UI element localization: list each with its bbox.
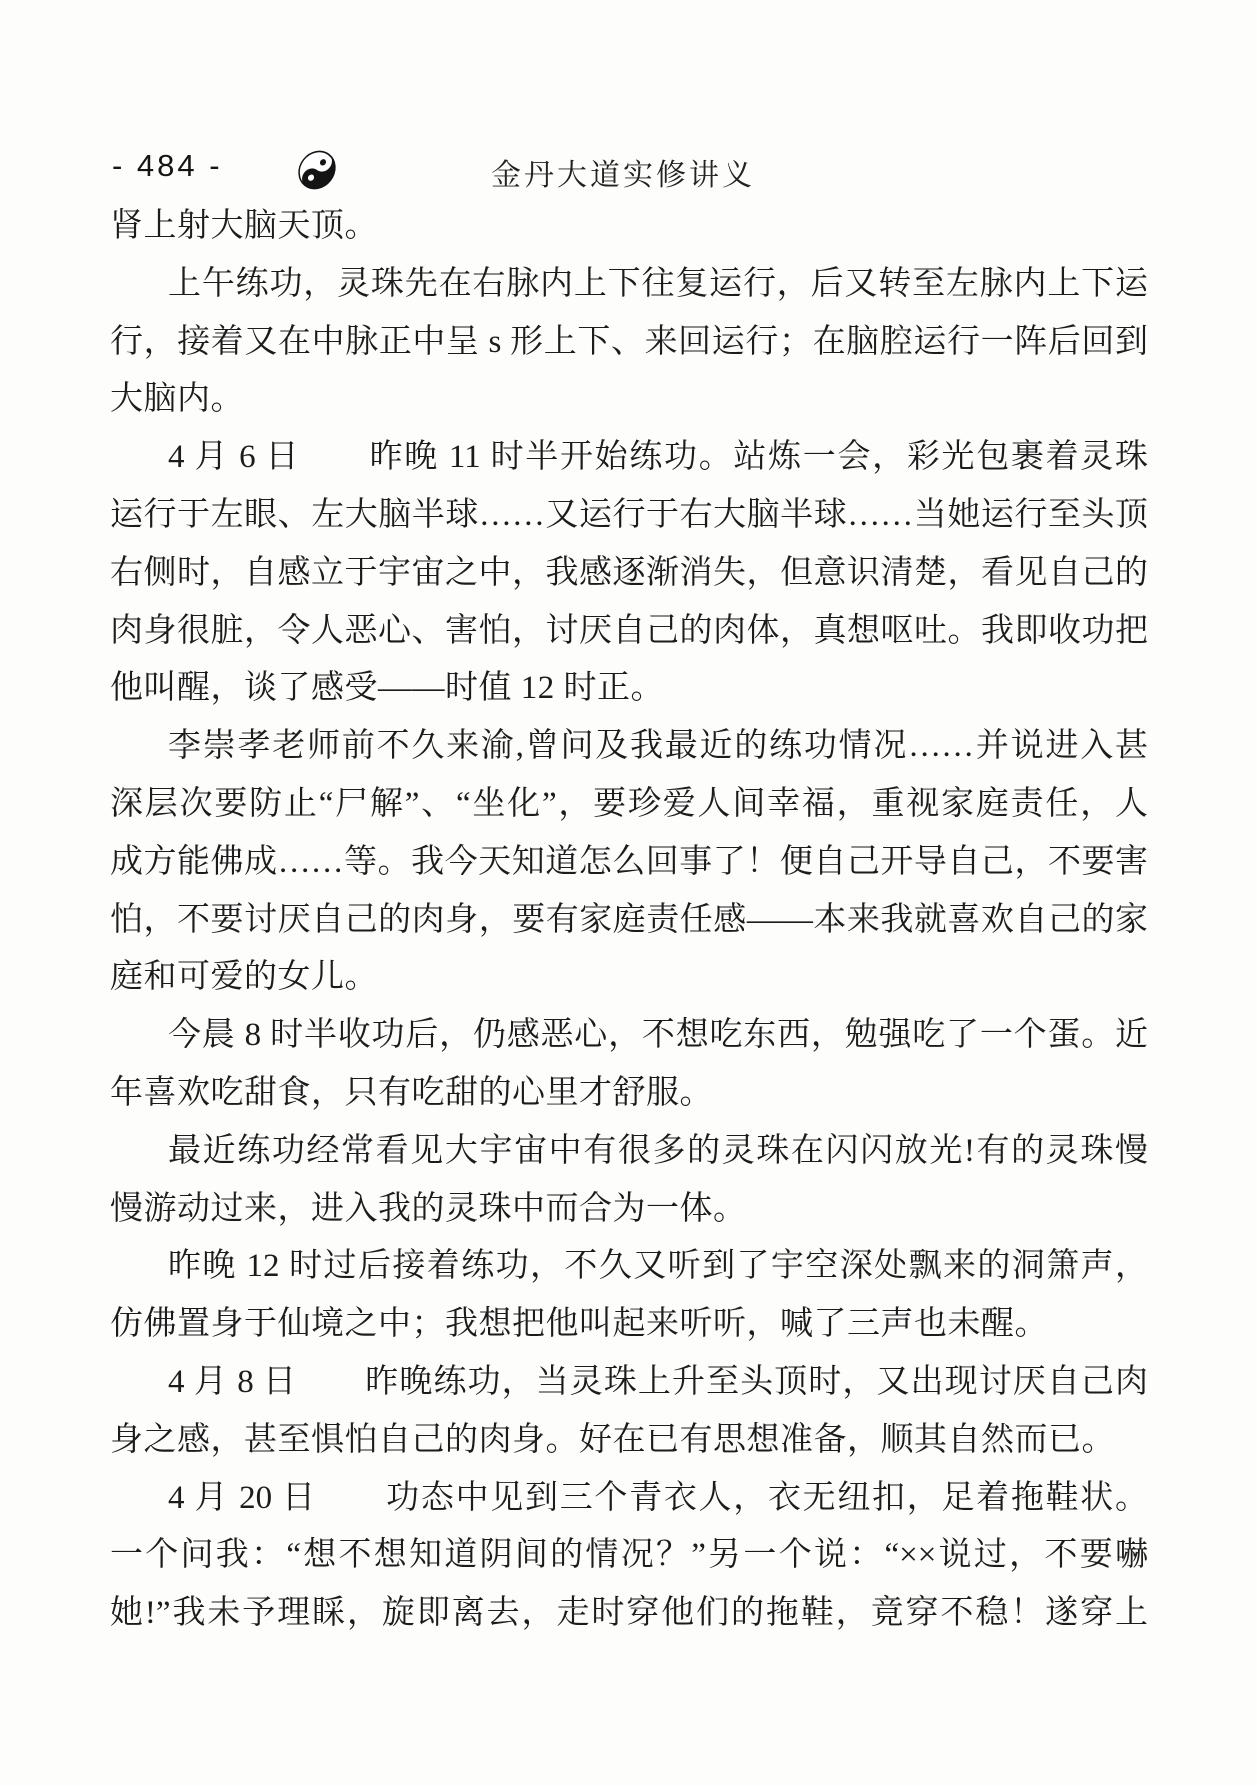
yin-yang-icon <box>299 146 337 194</box>
page-header: - 484 - 金丹大道实修讲义 <box>0 144 1257 200</box>
text-line: 她!”我未予理睬，旋即离去，走时穿他们的拖鞋，竟穿不稳！遂穿上 <box>110 1585 1148 1643</box>
text-line: 庭和可爱的女儿。 <box>110 949 1148 1007</box>
text-line: 身之感，甚至惧怕自己的肉身。好在已有思想准备，顺其自然而已。 <box>110 1412 1148 1470</box>
text-line: 运行于左眼、左大脑半球……又运行于右大脑半球……当她运行至头顶 <box>110 487 1148 545</box>
text-line: 4 月 6 日 昨晚 11 时半开始练功。站炼一会，彩光包裹着灵珠 <box>110 429 1148 487</box>
text-line: 4 月 20 日 功态中见到三个青衣人，衣无纽扣，足着拖鞋状。 <box>110 1470 1148 1528</box>
book-title: 金丹大道实修讲义 <box>491 150 755 194</box>
text-line: 今晨 8 时半收功后，仍感恶心，不想吃东西，勉强吃了一个蛋。近 <box>110 1007 1148 1065</box>
text-line: 一个问我：“想不想知道阴间的情况？”另一个说：“××说过，不要嚇 <box>110 1527 1148 1585</box>
text-line: 大脑内。 <box>110 371 1148 429</box>
text-line: 他叫醒，谈了感受——时值 12 时正。 <box>110 660 1148 718</box>
text-line: 上午练功，灵珠先在右脉内上下往复运行，后又转至左脉内上下运 <box>110 256 1148 314</box>
text-line: 李崇孝老师前不久来渝,曾问及我最近的练功情况……并说进入甚 <box>110 718 1148 776</box>
text-line: 4 月 8 日 昨晚练功，当灵珠上升至头顶时，又出现讨厌自己肉 <box>110 1354 1148 1412</box>
text-line: 昨晚 12 时过后接着练功，不久又听到了宇空深处飘来的洞箫声， <box>110 1238 1148 1296</box>
text-line: 怕，不要讨厌自己的肉身，要有家庭责任感——本来我就喜欢自己的家 <box>110 892 1148 950</box>
text-line: 慢游动过来，进入我的灵珠中而合为一体。 <box>110 1181 1148 1239</box>
text-line: 年喜欢吃甜食，只有吃甜的心里才舒服。 <box>110 1065 1148 1123</box>
text-line: 深层次要防止“尸解”、“坐化”，要珍爱人间幸福，重视家庭责任，人 <box>110 776 1148 834</box>
text-body: 肾上射大脑天顶。上午练功，灵珠先在右脉内上下往复运行，后又转至左脉内上下运行，接… <box>110 198 1148 1643</box>
text-line: 右侧时，自感立于宇宙之中，我感逐渐消失，但意识清楚，看见自己的 <box>110 545 1148 603</box>
book-page: - 484 - 金丹大道实修讲义 肾上射大脑天顶。上午练功，灵珠先在右脉内上下往… <box>0 0 1257 1786</box>
text-line: 仿佛置身于仙境之中；我想把他叫起来听听，喊了三声也未醒。 <box>110 1296 1148 1354</box>
text-line: 肉身很脏，令人恶心、害怕，讨厌自己的肉体，真想呕吐。我即收功把 <box>110 603 1148 661</box>
text-line: 最近练功经常看见大宇宙中有很多的灵珠在闪闪放光!有的灵珠慢 <box>110 1123 1148 1181</box>
text-line: 肾上射大脑天顶。 <box>110 198 1148 256</box>
page-number: - 484 - <box>112 148 223 184</box>
text-line: 行，接着又在中脉正中呈 s 形上下、来回运行；在脑腔运行一阵后回到 <box>110 314 1148 372</box>
text-line: 成方能佛成……等。我今天知道怎么回事了！便自己开导自己，不要害 <box>110 834 1148 892</box>
